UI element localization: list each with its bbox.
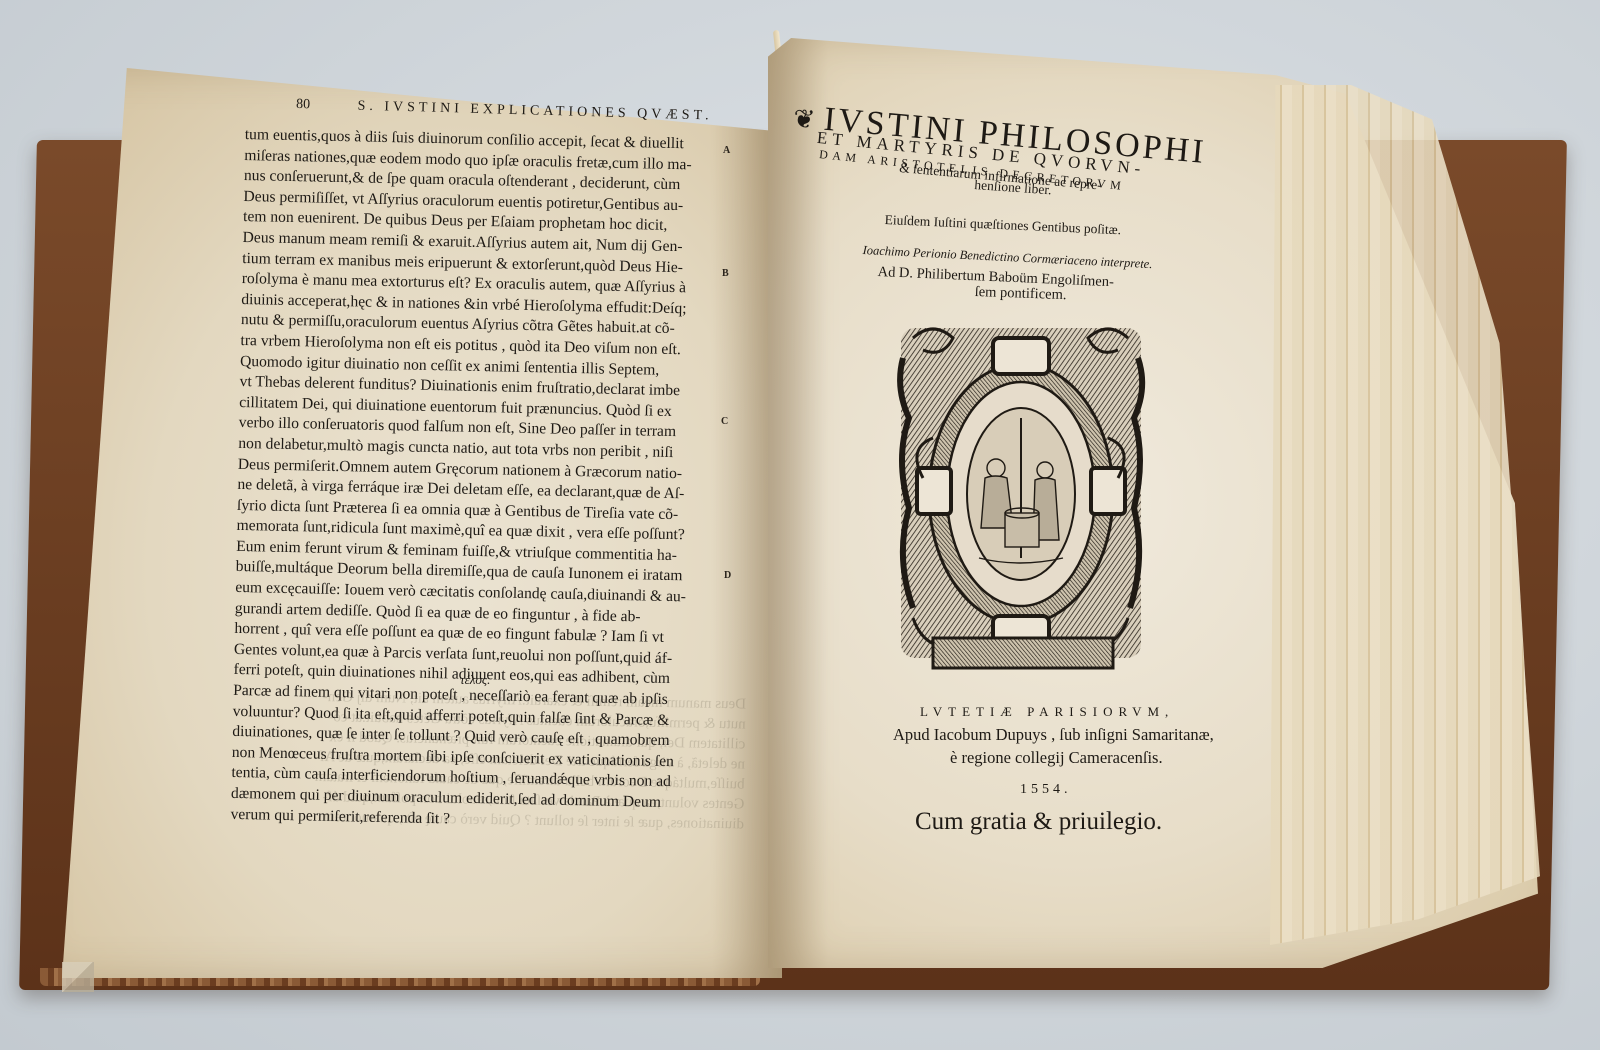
imprint-year: 1554. bbox=[1020, 782, 1072, 798]
imprint-city: LVTETIÆ PARISIORVM, bbox=[920, 704, 1174, 720]
show-through-text: Deus manum meam remiſi & exaruit.Aſſyriu… bbox=[234, 686, 746, 835]
page-number: 80 bbox=[296, 97, 310, 112]
imprint-printer-line-1: Apud Iacobum Dupuys , ſub inſigni Samari… bbox=[893, 725, 1214, 745]
imprint-printer-line-2: è regione collegij Cameracenſis. bbox=[950, 748, 1163, 768]
margin-letter-c: C bbox=[721, 416, 728, 427]
margin-letter-b: B bbox=[722, 268, 729, 279]
printers-device-woodcut bbox=[893, 318, 1148, 674]
end-mark: τέλος. bbox=[460, 672, 490, 688]
dedication-line-2: ſem pontificem. bbox=[974, 284, 1066, 304]
margin-letter-d: D bbox=[724, 570, 731, 581]
photo-scene: 80 S. IVSTINI EXPLICATIONES QVÆST. tum e… bbox=[0, 0, 1600, 1050]
fleuron-icon: ❦ bbox=[792, 104, 819, 135]
margin-letter-a: A bbox=[723, 145, 730, 156]
folded-corner bbox=[62, 962, 94, 992]
privilege-line: Cum gratia & priuilegio. bbox=[915, 808, 1162, 836]
